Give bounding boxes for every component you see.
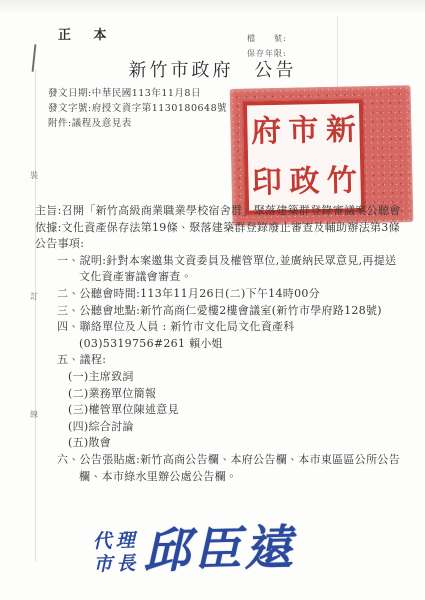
attachment-note: 附件:議程及意見表: [48, 116, 227, 131]
subject-text: 召開「新竹高級商業職業學校宿舍群」聚落建築群登錄審議案公聽會: [62, 204, 401, 217]
signer-title: 代 理 市 長: [92, 530, 135, 575]
signer-title-char: 代: [92, 531, 112, 552]
seal-column-right: 新 竹: [325, 105, 357, 206]
basis-label: 依據:: [35, 221, 62, 234]
document-number: 發文字號:府授文資字第1130180648號: [48, 101, 227, 116]
copy-type-label: 正 本: [58, 24, 116, 43]
signer-name: 邱臣遠: [142, 524, 296, 575]
official-seal-characters: 新 竹 市 政 府 印: [243, 99, 365, 214]
announcement-item-2: 二、公聽會時間:113年11月26日(二)下午14時00分: [57, 286, 401, 303]
seal-char: 新: [325, 116, 356, 147]
subject-line: 主旨:召開「新竹高級商業職業學校宿舍群」聚落建築群登錄審議案公聽會: [35, 203, 401, 220]
signer-title-char: 理: [115, 530, 135, 551]
agenda-item-2: (二)業務單位簡報: [68, 386, 401, 403]
seal-char: 府: [251, 117, 282, 148]
subject-label: 主旨:: [35, 204, 62, 217]
agenda-item-1: (一)主席致詞: [68, 369, 401, 386]
items-heading: 公告事項:: [35, 236, 401, 253]
mayor-signature: 代 理 市 長 邱臣遠: [92, 524, 296, 576]
announcement-item-6: 六、公告張貼處:新竹高商公告欄、本府公告欄、本市東區區公所公告欄、本市綠水里辦公…: [57, 452, 401, 485]
document-title: 新竹市政府 公告: [0, 56, 425, 82]
basis-text: 文化資產保存法第19條、聚落建築群登錄廢止審查及輔助辦法第3條: [62, 221, 400, 234]
binding-mark-zhuang: 裝: [30, 170, 38, 181]
seal-char: 竹: [327, 166, 358, 197]
seal-char: 政: [289, 167, 320, 198]
announcement-item-5: 五、議程:: [57, 352, 401, 369]
scan-shade: [0, 0, 425, 14]
announcement-item-4: 四、聯絡單位及人員 : 新竹市文化局文化資產科 (03)5319756#261 …: [57, 319, 401, 352]
seal-column-middle: 市 政: [288, 106, 320, 207]
seal-char: 市: [288, 116, 319, 147]
announcement-item-1: 一、說明:針對本案邀集文資委員及權管單位,並廣納民眾意見,再提送文化資產審議會審…: [57, 253, 401, 286]
announcement-item-3: 三、公聽會地點:新竹高商仁愛樓2樓會議室(新竹市學府路128號): [57, 303, 401, 320]
document-meta: 發文日期:中華民國113年11月8日 發文字號:府授文資字第1130180648…: [48, 86, 227, 132]
signer-title-char: 市: [93, 554, 113, 575]
agenda-item-5: (五)散會: [68, 435, 401, 452]
file-number-label: 檔 號:: [247, 31, 287, 46]
basis-line: 依據:文化資產保存法第19條、聚落建築群登錄廢止審查及輔助辦法第3條: [35, 220, 401, 237]
scanned-announcement-page: 裝 訂 線 正 本 檔 號: 保存年限: 新竹市政府 公告 發文日期:中華民國1…: [0, 0, 425, 600]
seal-column-left: 府 印: [251, 107, 283, 208]
agenda-item-3: (三)權管單位陳述意見: [68, 402, 401, 419]
announcement-body: 主旨:召開「新竹高級商業職業學校宿舍群」聚落建築群登錄審議案公聽會 依據:文化資…: [35, 203, 401, 485]
seal-char: 印: [252, 168, 283, 199]
signer-title-char: 長: [116, 553, 136, 574]
agenda-item-4: (四)綜合討論: [68, 419, 401, 436]
issue-date: 發文日期:中華民國113年11月8日: [48, 86, 227, 101]
